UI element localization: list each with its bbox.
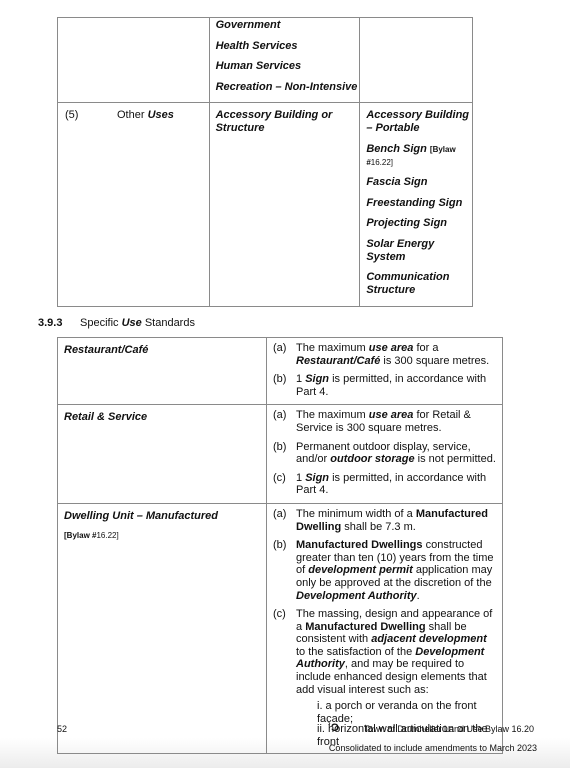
use-item: Solar Energy System <box>361 238 471 264</box>
standards-cell: (a)The minimum width of a Manufactured D… <box>267 503 503 753</box>
clause-text: 1 Sign is permitted, in accordance with … <box>296 472 496 497</box>
section-heading: 3.9.3Specific Use Standards <box>38 317 195 329</box>
clause-text: The maximum use area for a Restaurant/Ca… <box>296 342 496 367</box>
standards-cell: (a)The maximum use area for Retail & Ser… <box>267 405 503 504</box>
clause-label: (b) <box>273 539 296 602</box>
clause-label: (c) <box>273 608 296 696</box>
table-row: (5)Other Uses Accessory Building or Stru… <box>58 103 473 307</box>
standards-cell: (a)The maximum use area for a Restaurant… <box>267 338 503 405</box>
category-cell: (5)Other Uses <box>58 103 210 307</box>
use-item: Freestanding Sign <box>361 197 471 210</box>
use-classes-table: Government Health Services Human Service… <box>57 17 473 307</box>
clause: (a)The maximum use area for a Restaurant… <box>273 342 496 367</box>
use-item: Government <box>211 19 359 32</box>
category-number: (5) <box>59 109 117 121</box>
clause-text: 1 Sign is permitted, in accordance with … <box>296 373 496 398</box>
use-item: Fascia Sign <box>361 176 471 189</box>
clause-label: (a) <box>273 508 296 533</box>
use-item: Accessory Building – Portable <box>361 109 471 135</box>
use-item: Bench Sign [Bylaw #16.22] <box>361 143 471 169</box>
clause: (b)Manufactured Dwellings constructed gr… <box>273 539 496 602</box>
clause: (a)The minimum width of a Manufactured D… <box>273 508 496 533</box>
permitted-uses-cell: Accessory Building or Structure <box>209 103 360 307</box>
page-number: 52 <box>57 724 67 734</box>
use-name: Restaurant/Café <box>64 344 260 356</box>
clause-text: The minimum width of a Manufactured Dwel… <box>296 508 496 533</box>
use-name: Dwelling Unit – Manufactured <box>64 510 260 522</box>
use-name: Retail & Service <box>64 411 260 423</box>
use-item: Communication Structure <box>361 271 471 297</box>
drumheller-logo-icon: Ɔ <box>331 722 339 734</box>
clause-label: (b) <box>273 373 296 398</box>
clause-label: (b) <box>273 441 296 466</box>
use-name-cell: Restaurant/Café <box>58 338 267 405</box>
clause-label: (c) <box>273 472 296 497</box>
use-item: Recreation – Non-Intensive <box>211 81 359 94</box>
category-cell <box>58 18 210 103</box>
clause-text: Manufactured Dwellings constructed great… <box>296 539 496 602</box>
clause-label: (a) <box>273 342 296 367</box>
use-item: Accessory Building or Structure <box>211 109 359 135</box>
use-name-cell: Retail & Service <box>58 405 267 504</box>
standard-row: Dwelling Unit – Manufactured[Bylaw #16.2… <box>58 503 503 753</box>
standard-row: Retail & Service(a)The maximum use area … <box>58 405 503 504</box>
clause: (b)1 Sign is permitted, in accordance wi… <box>273 373 496 398</box>
document-page: Government Health Services Human Service… <box>0 0 570 768</box>
discretionary-uses-cell <box>360 18 473 103</box>
section-number: 3.9.3 <box>38 317 80 329</box>
section-title: Specific Use Standards <box>80 317 195 329</box>
sub-item: i. a porch or veranda on the front façad… <box>273 700 496 725</box>
clause-text: The maximum use area for Retail & Servic… <box>296 409 496 434</box>
bylaw-note: [Bylaw #16.22] <box>64 531 260 540</box>
use-item: Health Services <box>211 40 359 53</box>
use-item: Human Services <box>211 60 359 73</box>
clause: (a)The maximum use area for Retail & Ser… <box>273 409 496 434</box>
clause: (c)1 Sign is permitted, in accordance wi… <box>273 472 496 497</box>
clause-text: Permanent outdoor display, service, and/… <box>296 441 496 466</box>
clause: (c)The massing, design and appearance of… <box>273 608 496 696</box>
category-label: Other Uses <box>117 109 174 121</box>
clause: (b)Permanent outdoor display, service, a… <box>273 441 496 466</box>
standard-row: Restaurant/Café(a)The maximum use area f… <box>58 338 503 405</box>
use-item: Projecting Sign <box>361 217 471 230</box>
use-standards-table: Restaurant/Café(a)The maximum use area f… <box>57 337 503 754</box>
document-title: Town of Drumheller Land Use Bylaw 16.20 <box>364 724 534 734</box>
use-name-cell: Dwelling Unit – Manufactured[Bylaw #16.2… <box>58 503 267 753</box>
consolidation-note: Consolidated to include amendments to Ma… <box>329 743 537 753</box>
discretionary-uses-cell: Accessory Building – Portable Bench Sign… <box>360 103 473 307</box>
table-row: Government Health Services Human Service… <box>58 18 473 103</box>
clause-text: The massing, design and appearance of a … <box>296 608 496 696</box>
permitted-uses-cell: Government Health Services Human Service… <box>209 18 360 103</box>
clause-label: (a) <box>273 409 296 434</box>
